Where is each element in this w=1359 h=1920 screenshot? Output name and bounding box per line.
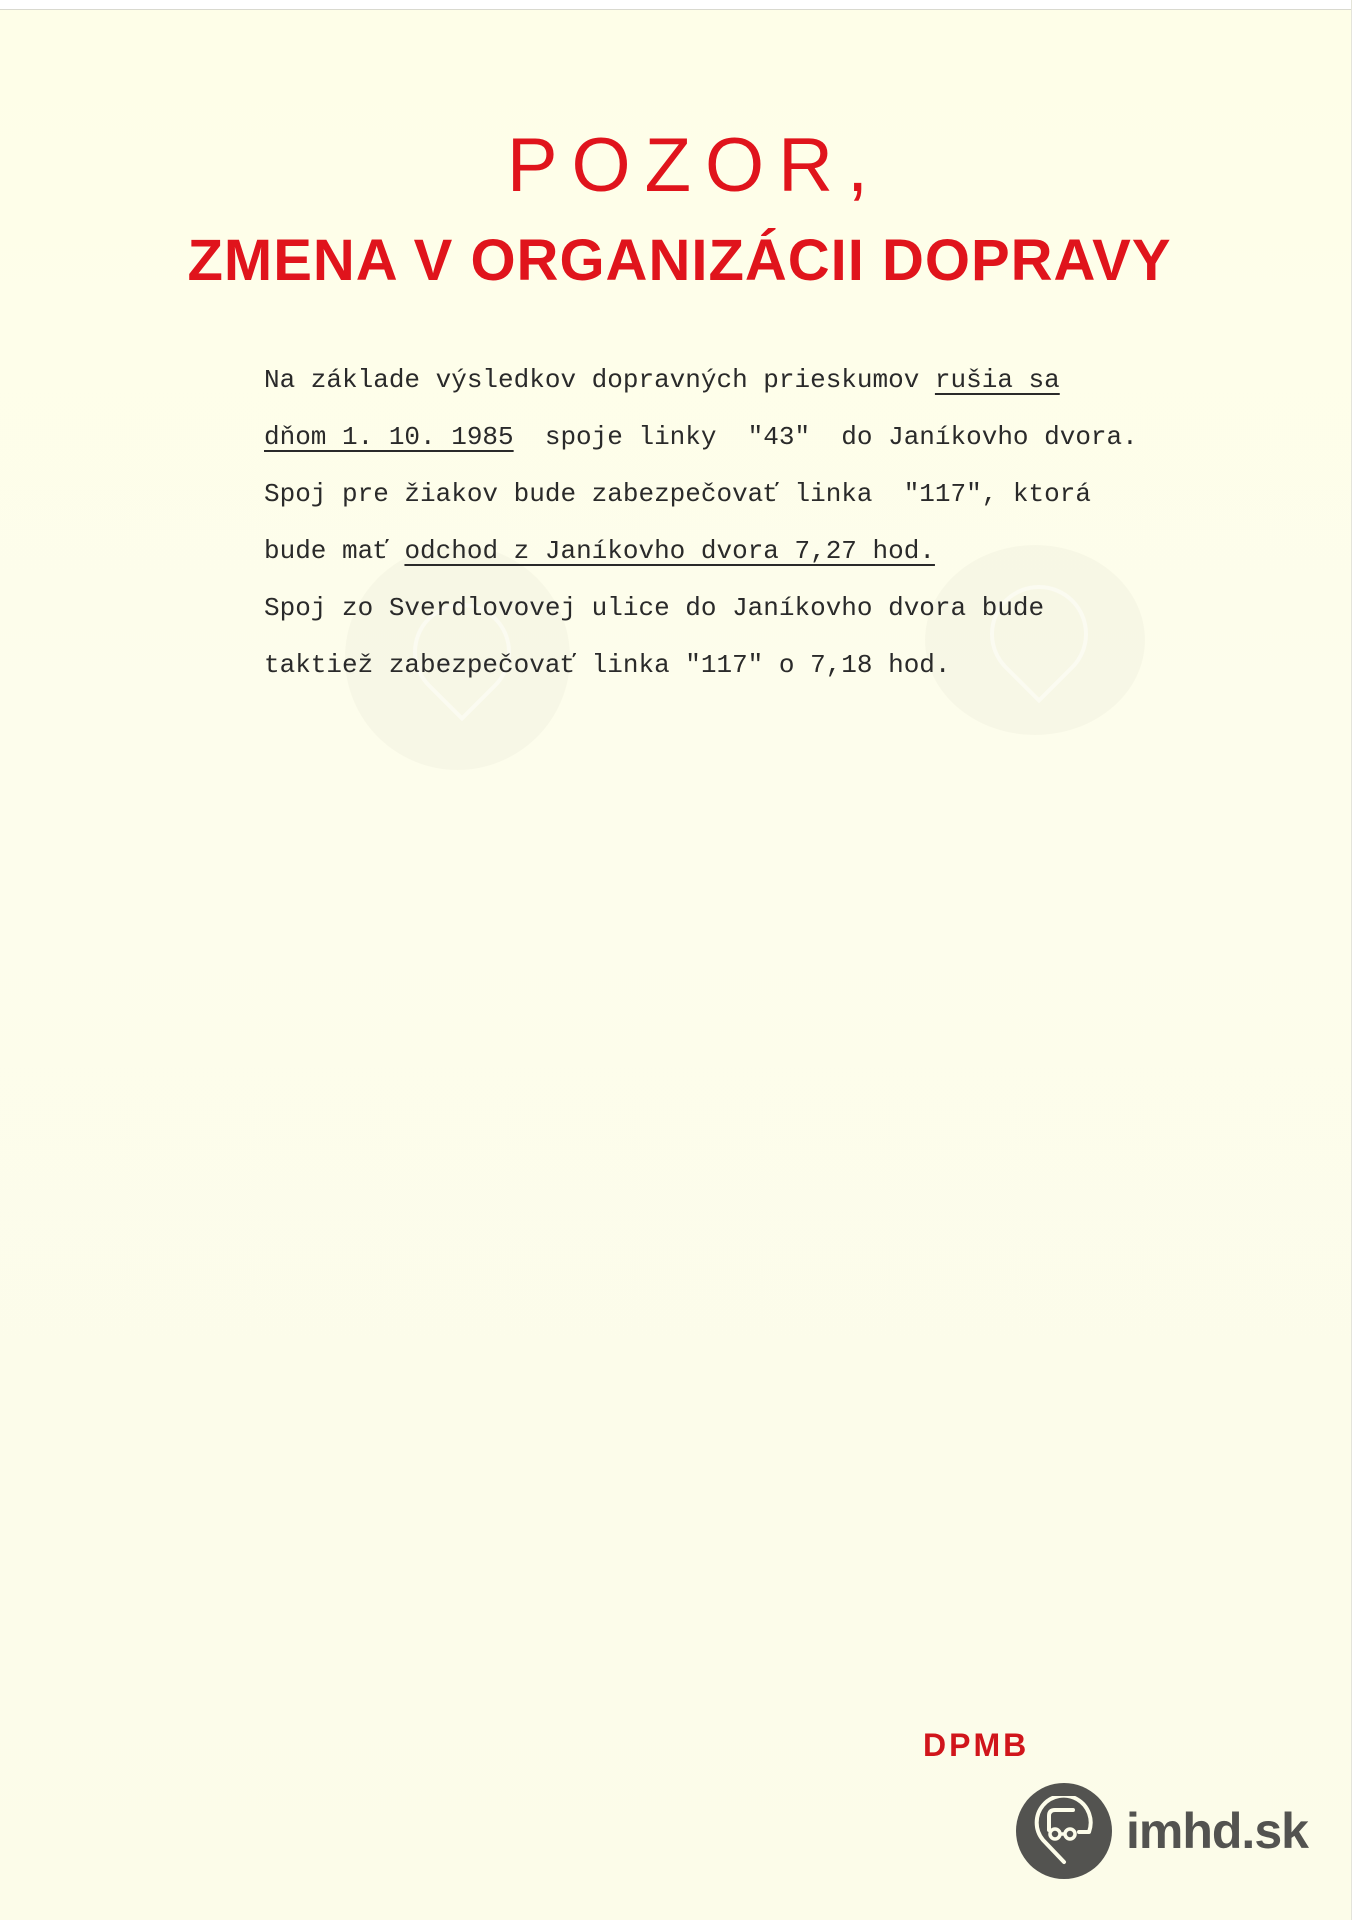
notice-subtitle: ZMENA V ORGANIZÁCII DOPRAVY: [0, 232, 1359, 290]
body-line: Na základe výsledkov dopravných prieskum…: [264, 360, 1138, 417]
body-text-segment: Spoj zo Sverdlovovej ulice do Janíkovho …: [264, 593, 1044, 623]
signature-dpmb: DPMB: [923, 1727, 1029, 1764]
paper-top-edge: [0, 0, 1359, 10]
body-text-segment: Na základe výsledkov dopravných prieskum…: [264, 365, 935, 395]
underlined-text: odchod z Janíkovho dvora 7,27 hod.: [404, 536, 935, 566]
body-line: dňom 1. 10. 1985 spoje linky "43" do Jan…: [264, 417, 1138, 474]
body-text-segment: Spoj pre žiakov bude zabezpečovať linka …: [264, 479, 1091, 509]
bus-location-pin-icon: [1016, 1783, 1112, 1879]
underlined-text: rušia sa: [935, 365, 1060, 395]
body-text-segment: spoje linky "43" do Janíkovho dvora.: [514, 422, 1138, 452]
body-line: Spoj zo Sverdlovovej ulice do Janíkovho …: [264, 588, 1138, 645]
notice-body: Na základe výsledkov dopravných prieskum…: [264, 360, 1138, 702]
imhd-logo[interactable]: imhd.sk: [1016, 1783, 1308, 1879]
body-text-segment: bude mať: [264, 536, 404, 566]
body-line: Spoj pre žiakov bude zabezpečovať linka …: [264, 474, 1138, 531]
bus-pin-glyph: [1033, 1796, 1095, 1866]
body-line: bude mať odchod z Janíkovho dvora 7,27 h…: [264, 531, 1138, 588]
logo-text: imhd.sk: [1126, 1802, 1308, 1860]
underlined-text: dňom 1. 10. 1985: [264, 422, 514, 452]
document-page: POZOR, ZMENA V ORGANIZÁCII DOPRAVY Na zá…: [0, 0, 1359, 1920]
body-line: taktiež zabezpečovať linka "117" o 7,18 …: [264, 645, 1138, 702]
body-text-segment: taktiež zabezpečovať linka "117" o 7,18 …: [264, 650, 951, 680]
notice-title: POZOR,: [0, 128, 1359, 204]
